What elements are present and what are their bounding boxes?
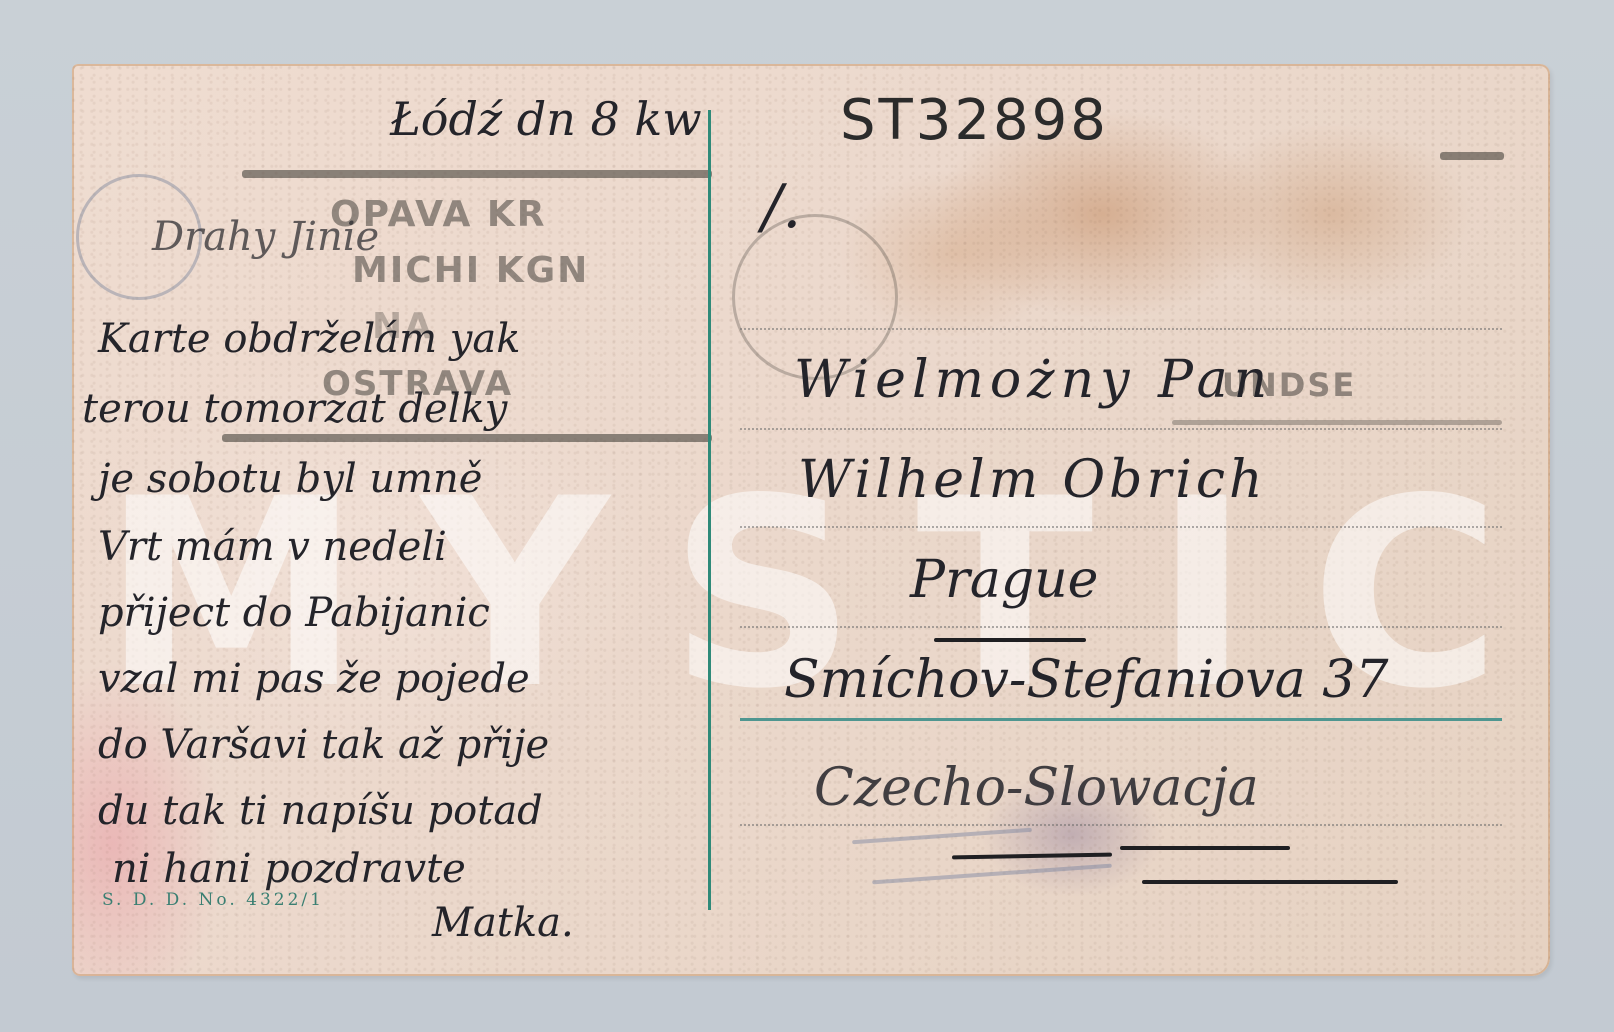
address-line: Smíchov-Stefaniova 37 — [784, 650, 1388, 710]
address-guide-line — [740, 328, 1502, 330]
address-underline — [952, 853, 1112, 860]
publisher-mark: S. D. D. No. 4322/1 — [102, 890, 324, 910]
message-line: Vrt mám v nedeli — [98, 524, 447, 570]
address-guide-line — [740, 718, 1502, 721]
address-line: Prague — [910, 550, 1098, 610]
message-line: je sobotu byl umně — [98, 456, 482, 502]
ink-smear — [872, 864, 1112, 885]
address-guide-line — [740, 824, 1502, 826]
pencil-mark: /. — [762, 172, 801, 242]
address-underline — [1142, 880, 1398, 884]
message-line: du tak ti napíšu potad — [98, 788, 543, 834]
cancel-bar — [242, 170, 712, 178]
message-signature: Matka. — [432, 900, 574, 946]
address-underline — [1120, 846, 1290, 850]
ink-smear — [852, 828, 1032, 845]
cancel-bar — [1440, 152, 1504, 160]
message-line: Drahy Jinie — [152, 214, 379, 260]
address-guide-line — [740, 626, 1502, 628]
message-line: terou tomorzat delky — [82, 386, 507, 432]
message-dateline: Łódź dn 8 kw — [390, 92, 702, 146]
address-line: Wielmożny Pan — [794, 350, 1273, 410]
cancel-bar — [1172, 420, 1502, 425]
inventory-number: ST32898 — [840, 88, 1109, 153]
address-underline — [934, 638, 1086, 642]
postcard-back: MYSTIC STAMP OPAVA KR MICHI KGN NA OSTRA… — [72, 64, 1550, 976]
printed-center-divider — [708, 110, 711, 910]
address-guide-line — [740, 526, 1502, 528]
address-line: Wilhelm Obrich — [798, 450, 1267, 510]
cancel-bar — [222, 434, 712, 442]
message-line: do Varšavi tak až přije — [98, 722, 549, 768]
message-line: vzal mi pas že pojede — [98, 656, 530, 702]
address-line: Czecho-Slowacja — [814, 758, 1259, 818]
message-line: přiject do Pabijanic — [98, 590, 490, 636]
message-line: ni hani pozdravte — [112, 846, 466, 892]
message-line: Karte obdrželám yak — [98, 316, 520, 362]
cancel-text-line: MICHI KGN — [352, 250, 589, 291]
address-guide-line — [740, 428, 1502, 430]
